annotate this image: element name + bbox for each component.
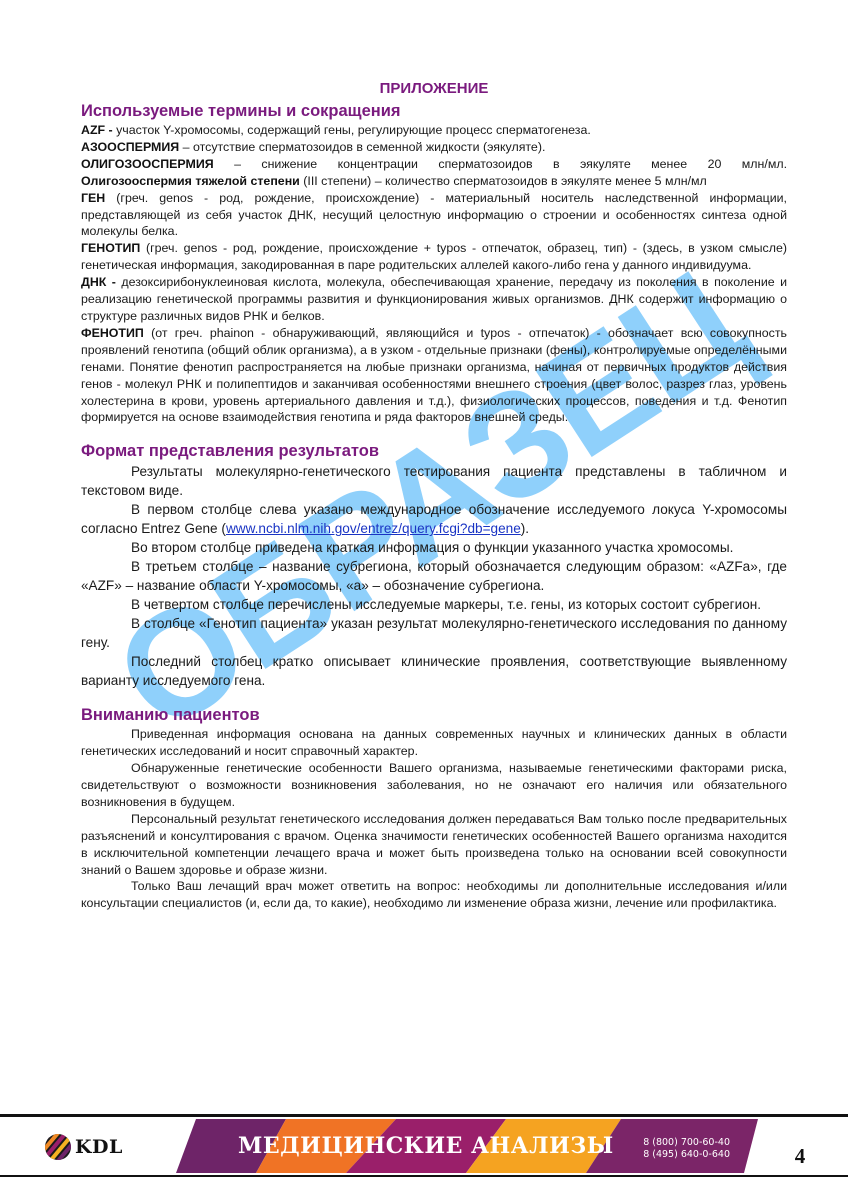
- contact-phones: 8 (800) 700-60-40 8 (495) 640-0-640: [620, 1137, 730, 1161]
- term-definition: отсутствие сперматозоидов в семенной жид…: [193, 140, 545, 154]
- term-name: ДНК: [81, 275, 106, 289]
- banner-title: МЕДИЦИНСКИЕ АНАЛИЗЫ: [238, 1133, 614, 1159]
- page-number: 4: [788, 1144, 812, 1169]
- term-name: ФЕНОТИП: [81, 326, 144, 340]
- attention-paragraph: Обнаруженные генетические особенности Ва…: [81, 760, 787, 811]
- term-separator: -: [105, 123, 116, 137]
- phone-number: 8 (495) 640-0-640: [620, 1149, 730, 1161]
- term-definition: (от греч. phainon - обнаруживающий, явля…: [81, 326, 787, 425]
- term-name: ГЕН: [81, 191, 105, 205]
- term-separator: [144, 326, 151, 340]
- attention-paragraph: Персональный результат генетического исс…: [81, 811, 787, 879]
- format-paragraph: В третьем столбце – название субрегиона,…: [81, 557, 787, 595]
- term-definition: (греч. genos - род, рождение, происхожде…: [81, 191, 787, 239]
- format-paragraph: В четвертом столбце перечислены исследуе…: [81, 595, 787, 614]
- attention-paragraph: Приведенная информация основана на данны…: [81, 726, 787, 760]
- terms-section-title: Используемые термины и сокращения: [81, 102, 787, 121]
- term-phenotype: ФЕНОТИП (от греч. phainon - обнаруживающ…: [81, 325, 787, 426]
- term-azf: AZF - участок Y-хромосомы, содержащий ге…: [81, 122, 787, 139]
- format-section: Формат представления результатов Результ…: [81, 442, 787, 690]
- entrez-gene-link[interactable]: www.ncbi.nlm.nih.gov/entrez/query.fcgi?d…: [226, 521, 521, 536]
- term-name: Олигозооспермия тяжелой степени: [81, 174, 300, 188]
- term-definition: участок Y-хромосомы, содержащий гены, ре…: [116, 123, 591, 137]
- term-oligozoospermia: ОЛИГОЗООСПЕРМИЯ – снижение концентрации …: [81, 156, 787, 173]
- terms-list: AZF - участок Y-хромосомы, содержащий ге…: [81, 122, 787, 426]
- footer-divider-top: [0, 1114, 848, 1117]
- logo-text: KDL: [75, 1136, 123, 1158]
- term-genotype: ГЕНОТИП (греч. genos - род, рождение, пр…: [81, 240, 787, 274]
- footer-divider-bottom: [0, 1175, 848, 1177]
- term-azoospermia: АЗООСПЕРМИЯ – отсутствие сперматозоидов …: [81, 139, 787, 156]
- term-separator: [105, 191, 116, 205]
- term-name: AZF: [81, 123, 105, 137]
- phone-number: 8 (800) 700-60-40: [620, 1137, 730, 1149]
- term-definition: снижение концентрации сперматозоидов в э…: [261, 157, 787, 171]
- format-paragraph: В столбце «Генотип пациента» указан резу…: [81, 614, 787, 652]
- term-dna: ДНК - дезоксирибонуклеиновая кислота, мо…: [81, 274, 787, 325]
- footer-banner: МЕДИЦИНСКИЕ АНАЛИЗЫ 8 (800) 700-60-40 8 …: [176, 1119, 776, 1173]
- kdl-logo: KDL: [43, 1130, 123, 1164]
- format-paragraph: Во втором столбце приведена краткая инфо…: [81, 538, 787, 557]
- striped-globe-icon: [43, 1132, 73, 1162]
- attention-section-title: Вниманию пациентов: [81, 706, 787, 725]
- format-paragraph: Результаты молекулярно-генетического тес…: [81, 462, 787, 500]
- term-name: ОЛИГОЗООСПЕРМИЯ: [81, 157, 214, 171]
- term-name: ГЕНОТИП: [81, 241, 140, 255]
- term-definition: (греч. genos - род, рождение, происхожде…: [81, 241, 787, 272]
- attention-paragraph: Только Ваш лечащий врач может ответить н…: [81, 878, 787, 912]
- term-separator: –: [214, 157, 262, 171]
- term-separator: –: [179, 140, 193, 154]
- document-body: ПРИЛОЖЕНИЕ Используемые термины и сокращ…: [81, 80, 787, 912]
- appendix-title: ПРИЛОЖЕНИЕ: [81, 80, 787, 98]
- format-paragraph: Последний столбец кратко описывает клини…: [81, 652, 787, 690]
- term-gene: ГЕН (греч. genos - род, рождение, происх…: [81, 190, 787, 241]
- term-name: АЗООСПЕРМИЯ: [81, 140, 179, 154]
- term-separator: -: [106, 275, 121, 289]
- term-definition: (III степени) – количество сперматозоидо…: [303, 174, 707, 188]
- term-definition: дезоксирибонуклеиновая кислота, молекула…: [81, 275, 787, 323]
- paragraph-text: ).: [521, 521, 529, 536]
- term-severe-oligozoospermia: Олигозооспермия тяжелой степени (III сте…: [81, 173, 787, 190]
- format-paragraph-entrez: В первом столбце слева указано междунаро…: [81, 500, 787, 538]
- format-section-title: Формат представления результатов: [81, 442, 787, 461]
- attention-section: Вниманию пациентов Приведенная информаци…: [81, 706, 787, 912]
